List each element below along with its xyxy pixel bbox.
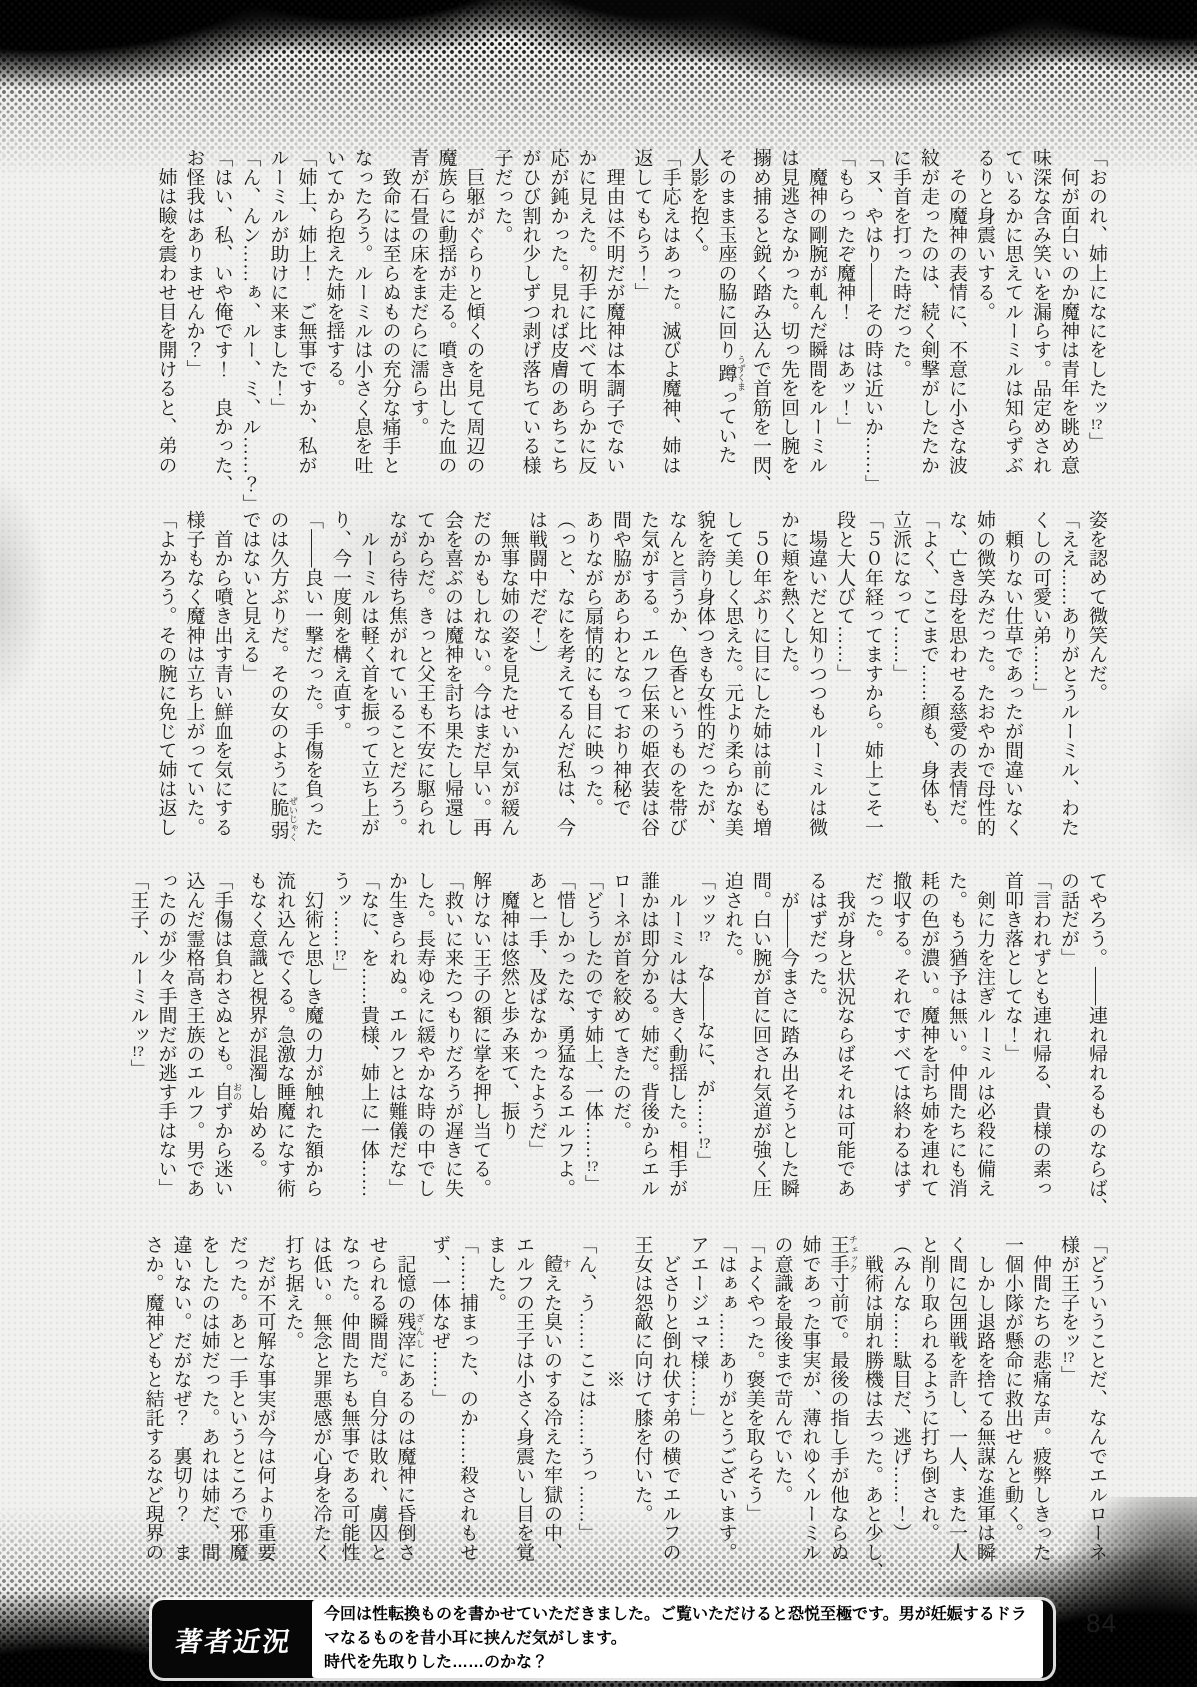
text-column: り、今一度剣を構え直す。 — [326, 510, 354, 866]
text-column: 「ヌ、やはり――その時は近いか……」 — [858, 148, 886, 504]
text-column: 「なに、を……貴様、姉上に一体…… — [354, 871, 382, 1227]
text-column: した。長寿ゆえに緩やかな時の中でし — [410, 871, 438, 1227]
text-column: だった。 — [858, 871, 886, 1227]
text-column: 段と大人びて……」 — [830, 510, 858, 866]
text-column: 戦術は崩れ勝機は去った。あと少し、 — [858, 1235, 886, 1591]
text-column: ５０年ぶりに目にした姉は前にも増 — [746, 510, 774, 866]
text-column: だが不可解な事実が今は何より重要 — [251, 1235, 279, 1591]
text-column: （みんな……駄目だ、逃げ……！） — [886, 1235, 914, 1591]
text-column: かに見えた。初手に比べて明らかに反 — [572, 148, 600, 504]
text-column: 一個小隊が懸命に救出せんと動く。 — [998, 1235, 1026, 1591]
text-band-3: てやろう。――連れ帰れるものならば、の話だが」「言われずとも連れ帰る、貴様の素っ… — [124, 871, 1111, 1227]
text-column: 「手傷は負わさぬとも。自おのずから迷い — [208, 871, 243, 1227]
text-column: 幻術と思しき魔の力が触れた額から — [298, 871, 326, 1227]
text-column: 耗の色が濃い。魔神を討ち姉を連れて — [914, 871, 942, 1227]
text-column: 流れ込んでくる。急激な睡魔になす術 — [270, 871, 298, 1227]
text-column: あと一手、及ばなかったようだ」 — [522, 871, 550, 1227]
text-column: ず、一体なぜ……」 — [425, 1235, 453, 1591]
text-column: 紋が走ったのは、続く剣撃がしたたか — [914, 148, 942, 504]
text-column: 「姉上、姉上！ ご無事ですか、私が — [292, 148, 320, 504]
text-column: 「ッッ!? な――なに、が……!?」 — [690, 871, 718, 1227]
text-column: 「言われずとも連れ帰る、貴様の素っ — [1026, 871, 1054, 1227]
author-news-textbox: 今回は性転換ものを書かせていただきました。ご覧いただけると恐悦至極です。男が妊娠… — [312, 1600, 1043, 1678]
text-column: 子だった。 — [488, 148, 516, 504]
text-column: 間や脇があらわとなっており神秘で — [606, 510, 634, 866]
text-column: ではないと見える」 — [236, 510, 264, 866]
text-column: 魔神は悠然と歩み来て、振り — [494, 871, 522, 1227]
text-band-4: 「どういうことだ、なんでエルローネ様が王子をッ!?」 仲間たちの悲痛な声。疲弊し… — [139, 1235, 1111, 1591]
author-news-line-1: 今回は性転換ものを書かせていただきました。ご覧いただけると恐悦至極です。男が妊娠… — [324, 1603, 1031, 1651]
text-column: ローネが首を絞めてきたのだ。 — [606, 871, 634, 1227]
text-column: 頼りない仕草であったが間違いなく — [998, 510, 1026, 866]
text-column: な、亡き母を思わせる慈愛の表情だ。 — [942, 510, 970, 866]
text-column: ありながら扇情的にも目に映った。 — [578, 510, 606, 866]
author-news-bar: 著者近況 今回は性転換ものを書かせていただきました。ご覧いただけると恐悦至極です… — [152, 1600, 1053, 1678]
text-column: 込んだ霊格高き王族のエルフ。男であ — [180, 871, 208, 1227]
text-column: 「王子、ルーミルッ!?」 — [124, 871, 152, 1227]
text-column: 「よくやった。褒美を取らそう」 — [740, 1235, 768, 1591]
text-column: 人影を抱く。 — [684, 148, 712, 504]
text-column: 無事な姉の姿を見たせいか気が緩ん — [494, 510, 522, 866]
text-column: アエージュマ様……」 — [684, 1235, 712, 1591]
text-column: エルフの王子は小さく身震いし目を覚 — [509, 1235, 537, 1591]
text-column: 致命には至らぬものの充分な痛手と — [376, 148, 404, 504]
text-column: 首叩き落としてな！」 — [998, 871, 1026, 1227]
text-column: かに頬を熱くした。 — [774, 510, 802, 866]
text-column: 剣に力を注ぎルーミルは必殺に備え — [970, 871, 998, 1227]
text-column: だった。あと一手というところで邪魔 — [223, 1235, 251, 1591]
text-column: 返してもらう！」 — [628, 148, 656, 504]
text-column: てからだ。きっと父王も不安に駆られ — [410, 510, 438, 866]
text-column: 王女は怨敵に向けて膝を付いた。 — [628, 1235, 656, 1591]
text-column: ったのが少々手間だが逃す手はない」 — [152, 871, 180, 1227]
text-column: ました。 — [481, 1235, 509, 1591]
text-column: 理由は不明だが魔神は本調子でない — [600, 148, 628, 504]
text-column: 首から噴き出す青い鮮血を気にする — [208, 510, 236, 866]
text-column: （っと、なにを考えてるんだ私は、今 — [550, 510, 578, 866]
text-column: に手首を打った時だった。 — [886, 148, 914, 504]
text-band-1: 「おのれ、姉上になにをしたッ!?」 何が面白いのか魔神は青年を眺め意味深な含み笑… — [152, 148, 1111, 504]
text-column: 貌を誇り身体つきも女性的だったが、 — [690, 510, 718, 866]
text-column: 「どういうことだ、なんでエルローネ — [1082, 1235, 1110, 1591]
text-column: いてから抱えた姉を揺する。 — [320, 148, 348, 504]
text-column: 仲間たちの悲痛な声。疲弊しきった — [1026, 1235, 1054, 1591]
text-column: ※ — [600, 1235, 628, 1591]
text-column: と削り取られるように打ち倒され。 — [914, 1235, 942, 1591]
text-column: 王手チェック寸前で。最後の指し手が他ならぬ — [824, 1235, 859, 1591]
text-column: は低い。無念と罪悪感が心身を冷たく — [307, 1235, 335, 1591]
text-column: 饐すえた臭いのする冷えた牢獄の中、 — [537, 1235, 572, 1591]
text-column: 「惜しかったな、勇猛なるエルフよ。 — [550, 871, 578, 1227]
text-column: もなく意識と視界が混濁し始める。 — [242, 871, 270, 1227]
text-column: さか。魔神どもと結託するなど現界の — [139, 1235, 167, 1591]
author-news-label: 著者近況 — [149, 1620, 314, 1659]
text-column: た気がする。エルフ伝来の姫衣装は谷 — [634, 510, 662, 866]
text-column: 「はい、私、いや俺です！ 良かった、 — [208, 148, 236, 504]
text-column: がひび割れ少しずつ剥げ落ちている様 — [516, 148, 544, 504]
text-column: 魔族らに動揺が走る。噴き出した血の — [432, 148, 460, 504]
text-column: お怪我はありませんか？」 — [180, 148, 208, 504]
text-column: 違いない。だがなぜ？ 裏切り？ ま — [167, 1235, 195, 1591]
text-column: てやろう。――連れ帰れるものならば、 — [1082, 871, 1110, 1227]
text-column: 「５０年経ってますから。姉上こそ一 — [858, 510, 886, 866]
text-column: 打ち据えた。 — [279, 1235, 307, 1591]
text-column: 撤収する。それですべては終わるはず — [886, 871, 914, 1227]
text-column: 我が身と状況ならばそれは可能であ — [830, 871, 858, 1227]
text-column: 「……捕まった、のか……殺されもせ — [453, 1235, 481, 1591]
text-column: く間に包囲戦を許し、一人、また一人 — [942, 1235, 970, 1591]
page-number: 84 — [1086, 1608, 1117, 1639]
text-column: ながら待ち焦がれていることだろう。 — [382, 510, 410, 866]
text-column: 搦め捕ると鋭く踏み込んで首筋を一閃、 — [746, 148, 774, 504]
text-column: は戦闘中だぞ！） — [522, 510, 550, 866]
text-column: るりと身震いする。 — [970, 148, 998, 504]
text-column: 解けない王子の額に掌を押し当てる。 — [466, 871, 494, 1227]
text-column: が――今まさに踏み出そうとした瞬 — [774, 871, 802, 1227]
novel-page: 「おのれ、姉上になにをしたッ!?」 何が面白いのか魔神は青年を眺め意味深な含み笑… — [0, 0, 1197, 1687]
text-column: 味深な含み笑いを漏らす。品定めされ — [1026, 148, 1054, 504]
text-column: 「おのれ、姉上になにをしたッ!?」 — [1082, 148, 1110, 504]
text-column: 「どうしたのです姉上、一体……!?」 — [578, 871, 606, 1227]
text-column: 「ん、う……ここは……うっ……」 — [572, 1235, 600, 1591]
text-column: 「もらったぞ魔神！ はあッ！」 — [830, 148, 858, 504]
text-column: 巨躯がぐらりと傾くのを見て周辺の — [460, 148, 488, 504]
text-column: るはずだった。 — [802, 871, 830, 1227]
text-column: 姉であった事実が、薄れゆくルーミル — [796, 1235, 824, 1591]
text-column: 様が王子をッ!?」 — [1054, 1235, 1082, 1591]
text-column: 「救いに来たつもりだろうが遅きに失 — [438, 871, 466, 1227]
text-column: せられる瞬間だ。自分は敗れ、虜囚と — [363, 1235, 391, 1591]
text-column: 「ん、んン……ぁ、ルー、ミ、ル……？」 — [236, 148, 264, 504]
text-column: ルーミルが助けに来ました！」 — [264, 148, 292, 504]
text-column: た。もう猶予は無い。仲間たちにも消 — [942, 871, 970, 1227]
text-column: 「はぁぁ……ありがとうございます。 — [712, 1235, 740, 1591]
text-column: 青が石畳の床をまだらに濡らす。 — [404, 148, 432, 504]
author-news-line-2: 時代を先取りした……のかな？ — [324, 1651, 1031, 1675]
text-column: か生きられぬ。エルフとは難儀だな」 — [382, 871, 410, 1227]
text-column: 応が鈍かった。見れば皮膚のあちこち — [544, 148, 572, 504]
text-column: 「よく、ここまで……顔も、身体も、 — [914, 510, 942, 866]
text-column: 迫された。 — [718, 871, 746, 1227]
text-column: 立派になって……」 — [886, 510, 914, 866]
text-column: 場違いだと知りつつもルーミルは微 — [802, 510, 830, 866]
text-column: の意識を最後まで苛んでいた。 — [768, 1235, 796, 1591]
text-column: うッ……!?」 — [326, 871, 354, 1227]
text-column: ルーミルは大きく動揺した。相手が — [662, 871, 690, 1227]
text-column: 「よかろう。その腕に免じて姉は返し — [152, 510, 180, 866]
text-column: の話だが」 — [1054, 871, 1082, 1227]
text-column: なんと言うか、色香というものを帯び — [662, 510, 690, 866]
text-column: そのまま玉座の脇に回り蹲うずくまっていた — [712, 148, 747, 504]
text-column: 「ええ……ありがとうルーミル、わた — [1054, 510, 1082, 866]
text-column: ルーミルは軽く首を振って立ち上が — [354, 510, 382, 866]
text-column: して美しく思えた。元より柔らかな美 — [718, 510, 746, 866]
text-column: くしの可愛い弟……」 — [1026, 510, 1054, 866]
text-column: 姉の微笑みだった。たおやかで母性的 — [970, 510, 998, 866]
text-column: その魔神の表情に、不意に小さな波 — [942, 148, 970, 504]
text-column: 「手応えはあった。滅びよ魔神、姉は — [656, 148, 684, 504]
text-column: 誰かは即分かる。姉だ。背後からエル — [634, 871, 662, 1227]
text-column: 記憶の残滓ざんしにあるのは魔神に昏倒さ — [391, 1235, 426, 1591]
text-column: だのかもしれない。今はまだ早い。再 — [466, 510, 494, 866]
text-column: なったろう。ルーミルは小さく息を吐 — [348, 148, 376, 504]
text-column: 何が面白いのか魔神は青年を眺め意 — [1054, 148, 1082, 504]
text-column: 魔神の剛腕が軋んだ瞬間をルーミル — [802, 148, 830, 504]
text-column: 会を喜ぶのは魔神を討ち果たし帰還し — [438, 510, 466, 866]
text-band-2: 姿を認めて微笑んだ。「ええ……ありがとうルーミル、わたくしの可愛い弟……」 頼り… — [152, 510, 1111, 866]
text-column: なった。仲間たちも無事である可能性 — [335, 1235, 363, 1591]
text-column: 様子もなく魔神は立ち上がっていた。 — [180, 510, 208, 866]
text-column: 姉は瞼を震わせ目を開けると、弟の — [152, 148, 180, 504]
text-column: 「――良い一撃だった。手傷を負った — [298, 510, 326, 866]
text-column: 間。白い腕が首に回され気道が強く圧 — [746, 871, 774, 1227]
text-column: をしたのは姉だった。あれは姉だ、間 — [195, 1235, 223, 1591]
text-column: どさりと倒れ伏す弟の横でエルフの — [656, 1235, 684, 1591]
text-column: は見逃さなかった。切っ先を回し腕を — [774, 148, 802, 504]
text-column: ているかに思えてルーミルは知らずぶ — [998, 148, 1026, 504]
text-column: 姿を認めて微笑んだ。 — [1082, 510, 1110, 866]
text-column: のは久方ぶりだ。その女のように脆弱ぜいじゃく — [264, 510, 299, 866]
text-column: しかし退路を捨てる無謀な進軍は瞬 — [970, 1235, 998, 1591]
